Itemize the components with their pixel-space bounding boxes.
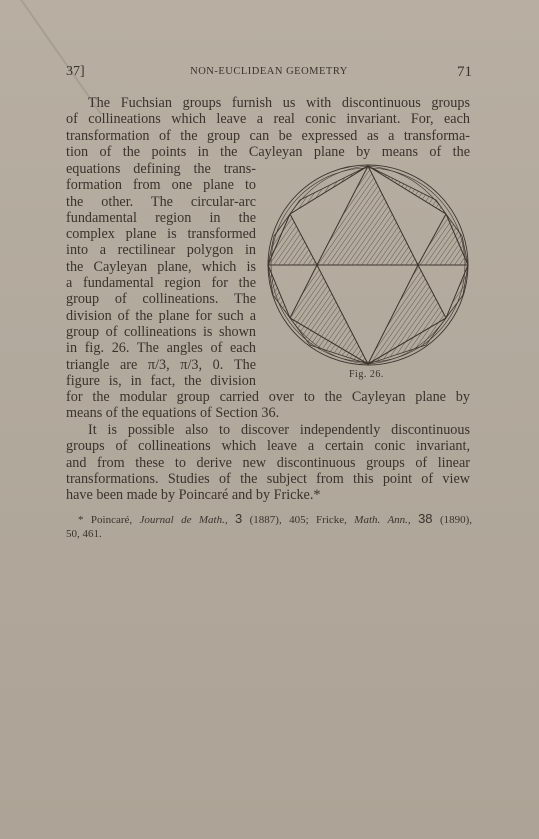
paragraph-1-full: The Fuchsian groups furnish us with disc…: [66, 95, 470, 160]
text-line: fundamental region in the: [66, 210, 256, 226]
text-line: tion of the points in the Cayleyan plane…: [66, 144, 470, 160]
text-line: group of collineations is shown: [66, 324, 256, 340]
paragraph-2: It is possible also to discover independ…: [66, 422, 470, 503]
text-line: group of collineations. The: [66, 291, 256, 307]
text-line: for the modular group carried over to th…: [66, 389, 470, 405]
figure-26: [262, 160, 474, 372]
footnote-volume: 3: [235, 511, 242, 526]
paragraph-1-wrapped: equations defining the trans- formation …: [66, 161, 256, 389]
text-line: transformations. Studies of the subject …: [66, 471, 470, 487]
footnote-line-1: * Poincaré, Journal de Math., 3 (1887), …: [66, 512, 472, 527]
text-line: the Cayleyan plane, which is: [66, 259, 256, 275]
figure-caption: Fig. 26.: [349, 369, 384, 380]
footnote-text: (1887), 405; Fricke,: [250, 514, 347, 526]
page-number: 71: [457, 64, 472, 81]
footnote-text: (1890),: [440, 514, 472, 526]
footnote-volume: 38: [418, 511, 432, 526]
text-line: equations defining the trans-: [66, 161, 256, 177]
running-header: 37] NON-EUCLIDEAN GEOMETRY 71: [66, 64, 472, 82]
text-line: of collineations which leave a real coni…: [66, 111, 470, 127]
text-line: into a rectilinear polygon in: [66, 242, 256, 258]
text-line: triangle are π/3, π/3, 0. The: [66, 357, 256, 373]
text-line: complex plane is transformed: [66, 226, 256, 242]
footnote: * Poincaré, Journal de Math., 3 (1887), …: [66, 512, 472, 541]
footnote-journal: Journal de Math.,: [140, 514, 228, 526]
book-page: 37] NON-EUCLIDEAN GEOMETRY 71 The Fuchsi…: [0, 0, 539, 839]
text-line: division of the plane for such a: [66, 308, 256, 324]
text-line: figure is, in fact, the division: [66, 373, 256, 389]
text-line: It is possible also to discover independ…: [66, 422, 470, 438]
paragraph-1-tail: for the modular group carried over to th…: [66, 389, 470, 422]
text-line: formation from one plane to: [66, 177, 256, 193]
text-line: The Fuchsian groups furnish us with disc…: [66, 95, 470, 111]
text-line: the other. The circular-arc: [66, 194, 256, 210]
text-line: means of the equations of Section 36.: [66, 405, 470, 421]
running-title: NON-EUCLIDEAN GEOMETRY: [66, 66, 472, 77]
text-line: in fig. 26. The angles of each: [66, 340, 256, 356]
footnote-author: Poincaré,: [91, 514, 132, 526]
text-line: a fundamental region for the: [66, 275, 256, 291]
text-line: transformation of the group can be expre…: [66, 128, 470, 144]
text-line: groups of collineations which leave a ce…: [66, 438, 470, 454]
text-line: and from these to derive new discontinuo…: [66, 455, 470, 471]
hexagram-division-diagram: [262, 160, 474, 372]
text-line: have been made by Poincaré and by Fricke…: [66, 487, 470, 503]
footnote-journal: Math. Ann.,: [354, 514, 410, 526]
footnote-marker: *: [78, 514, 84, 526]
footnote-line-2: 50, 461.: [66, 528, 102, 540]
